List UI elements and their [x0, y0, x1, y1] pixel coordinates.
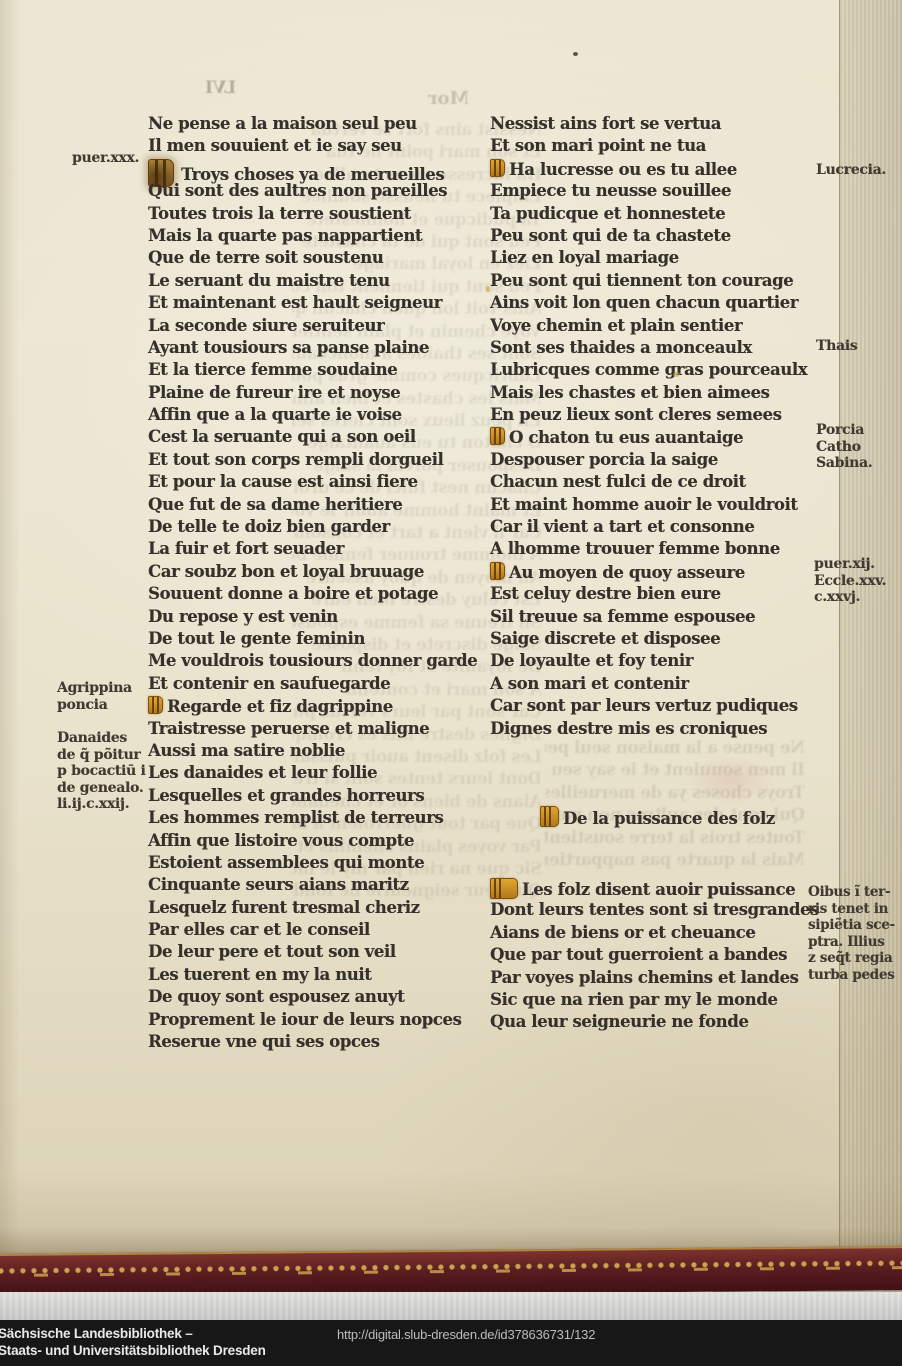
text-line: Le seruant du maistre tenu — [148, 271, 453, 293]
text-line: Qui sont des aultres non pareilles — [148, 181, 453, 203]
text-line: Les hommes remplist de terreurs — [148, 808, 453, 830]
text-line: Me vouldrois tousiours donner garde — [148, 651, 453, 673]
book-edge-binding — [0, 1246, 902, 1298]
text-line: Cinquante seurs aians maritz — [148, 875, 453, 897]
text-line: Ha lucresse ou es tu allee — [490, 159, 810, 181]
library-name: Sächsische Landesbibliothek – Staats- un… — [0, 1325, 266, 1359]
text-line: Liez en loyal mariage — [490, 248, 810, 270]
text-line: Que par tout guerroient a bandes — [490, 945, 820, 967]
text-line: Que de terre soit soustenu — [148, 248, 453, 270]
text-line: Les tuerent en my la nuit — [148, 965, 453, 987]
text-line: Du repose y est venin — [148, 607, 453, 629]
right-text-column-lower: Les folz disent auoir puissanceDont leur… — [490, 878, 820, 1035]
text-line: Voye chemin et plain sentier — [490, 316, 810, 338]
text-line: Empiece tu neusse souillee — [490, 181, 810, 203]
text-line: Et pour la cause est ainsi fiere — [148, 472, 453, 494]
text-line: Affin que listoire vous compte — [148, 831, 453, 853]
text-line: De loyaulte et foy tenir — [490, 651, 810, 673]
text-line: La fuir et fort seuader — [148, 539, 453, 561]
text-line: Car sont par leurs vertuz pudiques — [490, 696, 810, 718]
text-line: Estoient assemblees qui monte — [148, 853, 453, 875]
text-line: Et la tierce femme soudaine — [148, 360, 453, 382]
margin-note-danaides: Danaides de q̃ põitur p bocactiū i de ge… — [57, 730, 145, 813]
text-line: Car il vient a tart et consonne — [490, 517, 810, 539]
margin-note-puer-xxx: puer.xxx. — [72, 150, 139, 167]
text-line: Sic que na rien par my le monde — [490, 990, 820, 1012]
margin-note-agrippina: Agrippina poncia — [57, 680, 132, 713]
text-line: Les folz disent auoir puissance — [490, 878, 820, 900]
text-line: Mais les chastes et bien aimees — [490, 383, 810, 405]
margin-note-latin-verse: Oibus ĩ ter- ris tenet in sipiẽtia sce- … — [808, 884, 895, 983]
paragraph-mark-icon — [490, 562, 505, 580]
text-line: Aians de biens or et cheuance — [490, 923, 820, 945]
text-line: Plaine de fureur ire et noyse — [148, 383, 453, 405]
left-text-column: Ne pense a la maison seul peuIl men souu… — [148, 114, 453, 1054]
text-line: Saige discrete et disposee — [490, 629, 810, 651]
text-line: Traistresse peruerse et maligne — [148, 719, 453, 741]
text-line: Sont ses thaides a monceaulx — [490, 338, 810, 360]
paragraph-mark-icon — [490, 159, 505, 177]
text-line: Ayant tousiours sa panse plaine — [148, 338, 453, 360]
text-line: Ains voit lon quen chacun quartier — [490, 293, 810, 315]
text-line: Nessist ains fort se vertua — [490, 114, 810, 136]
text-line: Despouser porcia la saige — [490, 450, 810, 472]
right-text-column-upper: Nessist ains fort se vertuaEt son mari p… — [490, 114, 810, 741]
text-line: Et maint homme auoir le vouldroit — [490, 495, 810, 517]
text-line: De quoy sont espousez anuyt — [148, 987, 453, 1009]
text-line: Car soubz bon et loyal bruuage — [148, 562, 453, 584]
text-line: Cest la seruante qui a son oeil — [148, 427, 453, 449]
text-line: Sil treuue sa femme espousee — [490, 607, 810, 629]
library-name-line2: Staats- und Universitätsbibliothek Dresd… — [0, 1343, 266, 1358]
text-line: De telle te doiz bien garder — [148, 517, 453, 539]
text-line: Lesquelz furent tresmal cheriz — [148, 898, 453, 920]
text-line: Peu sont qui tiennent ton courage — [490, 271, 810, 293]
gold-tooling-ornament — [0, 1257, 902, 1277]
text-line: Est celuy destre bien eure — [490, 584, 810, 606]
library-footer-bar: Sächsische Landesbibliothek – Staats- un… — [0, 1320, 902, 1366]
margin-note-references: puer.xij. Eccle.xxv. c.xxvj. — [814, 556, 886, 606]
text-line: Et son mari point ne tua — [490, 136, 810, 158]
paragraph-mark-icon — [490, 878, 518, 899]
paragraph-mark-icon — [148, 696, 163, 714]
text-line: Ne pense a la maison seul peu — [148, 114, 453, 136]
page-left-edge-shadow — [0, 0, 20, 1258]
text-line: Mais la quarte pas nappartient — [148, 226, 453, 248]
text-line: Dignes destre mis es croniques — [490, 719, 810, 741]
text-line: Et maintenant est hault seigneur — [148, 293, 453, 315]
digitized-manuscript-page: LVI Mor Nessist ains fort se vertuaEt so… — [0, 0, 902, 1366]
paragraph-mark-icon — [540, 806, 559, 827]
text-line: Au moyen de quoy asseure — [490, 562, 810, 584]
cradle-cloth-strip — [0, 1292, 902, 1320]
text-line: Toutes trois la terre soustient — [148, 204, 453, 226]
text-line: Aussi ma satire noblie — [148, 741, 453, 763]
text-line: Lubricques comme gras pourceaulx — [490, 360, 810, 382]
chapter-heading: De la puissance des folz — [540, 806, 840, 828]
text-line: Ta pudicque et honnestete — [490, 204, 810, 226]
margin-note-lucrecia: Lucrecia. — [816, 162, 886, 179]
text-line: Dont leurs tentes sont si tresgrandes — [490, 900, 820, 922]
page-fore-edge — [839, 0, 902, 1258]
text-line: Que fut de sa dame heritiere — [148, 495, 453, 517]
text-line: Reserue vne qui ses opces — [148, 1032, 453, 1054]
text-line: Proprement le iour de leurs nopces — [148, 1010, 453, 1032]
text-line: La seconde siure seruiteur — [148, 316, 453, 338]
text-line: Il men souuient et ie say seu — [148, 136, 453, 158]
text-line: Par voyes plains chemins et landes — [490, 968, 820, 990]
text-line: O chaton tu eus auantaige — [490, 427, 810, 449]
text-line: En peuz lieux sont cleres semees — [490, 405, 810, 427]
text-line: Souuent donne a boire et potage — [148, 584, 453, 606]
text-line: Qua leur seigneurie ne fonde — [490, 1012, 820, 1034]
text-line: Lesquelles et grandes horreurs — [148, 786, 453, 808]
text-line: A son mari et contenir — [490, 674, 810, 696]
text-line: Les danaides et leur follie — [148, 763, 453, 785]
text-line: De tout le gente feminin — [148, 629, 453, 651]
text-line: Par elles car et le conseil — [148, 920, 453, 942]
digitization-url: http://digital.slub-dresden.de/id3786367… — [337, 1327, 595, 1342]
text-line: Affin que a la quarte ie voise — [148, 405, 453, 427]
paragraph-mark-icon — [490, 427, 505, 445]
text-line: A lhomme trouuer femme bonne — [490, 539, 810, 561]
text-line: Regarde et fiz dagrippine — [148, 696, 453, 718]
text-line: De la puissance des folz — [540, 806, 840, 828]
text-line: Peu sont qui de ta chastete — [490, 226, 810, 248]
text-line: De leur pere et tout son veil — [148, 942, 453, 964]
text-line: Troys choses ya de merueilles — [148, 159, 453, 181]
text-line: Chacun nest fulci de ce droit — [490, 472, 810, 494]
margin-note-thais: Thais — [816, 338, 857, 355]
text-line: Et contenir en saufuegarde — [148, 674, 453, 696]
text-line: Et tout son corps rempli dorgueil — [148, 450, 453, 472]
margin-note-porcia: Porcia Catho Sabina. — [816, 422, 872, 472]
library-name-line1: Sächsische Landesbibliothek – — [0, 1326, 193, 1341]
